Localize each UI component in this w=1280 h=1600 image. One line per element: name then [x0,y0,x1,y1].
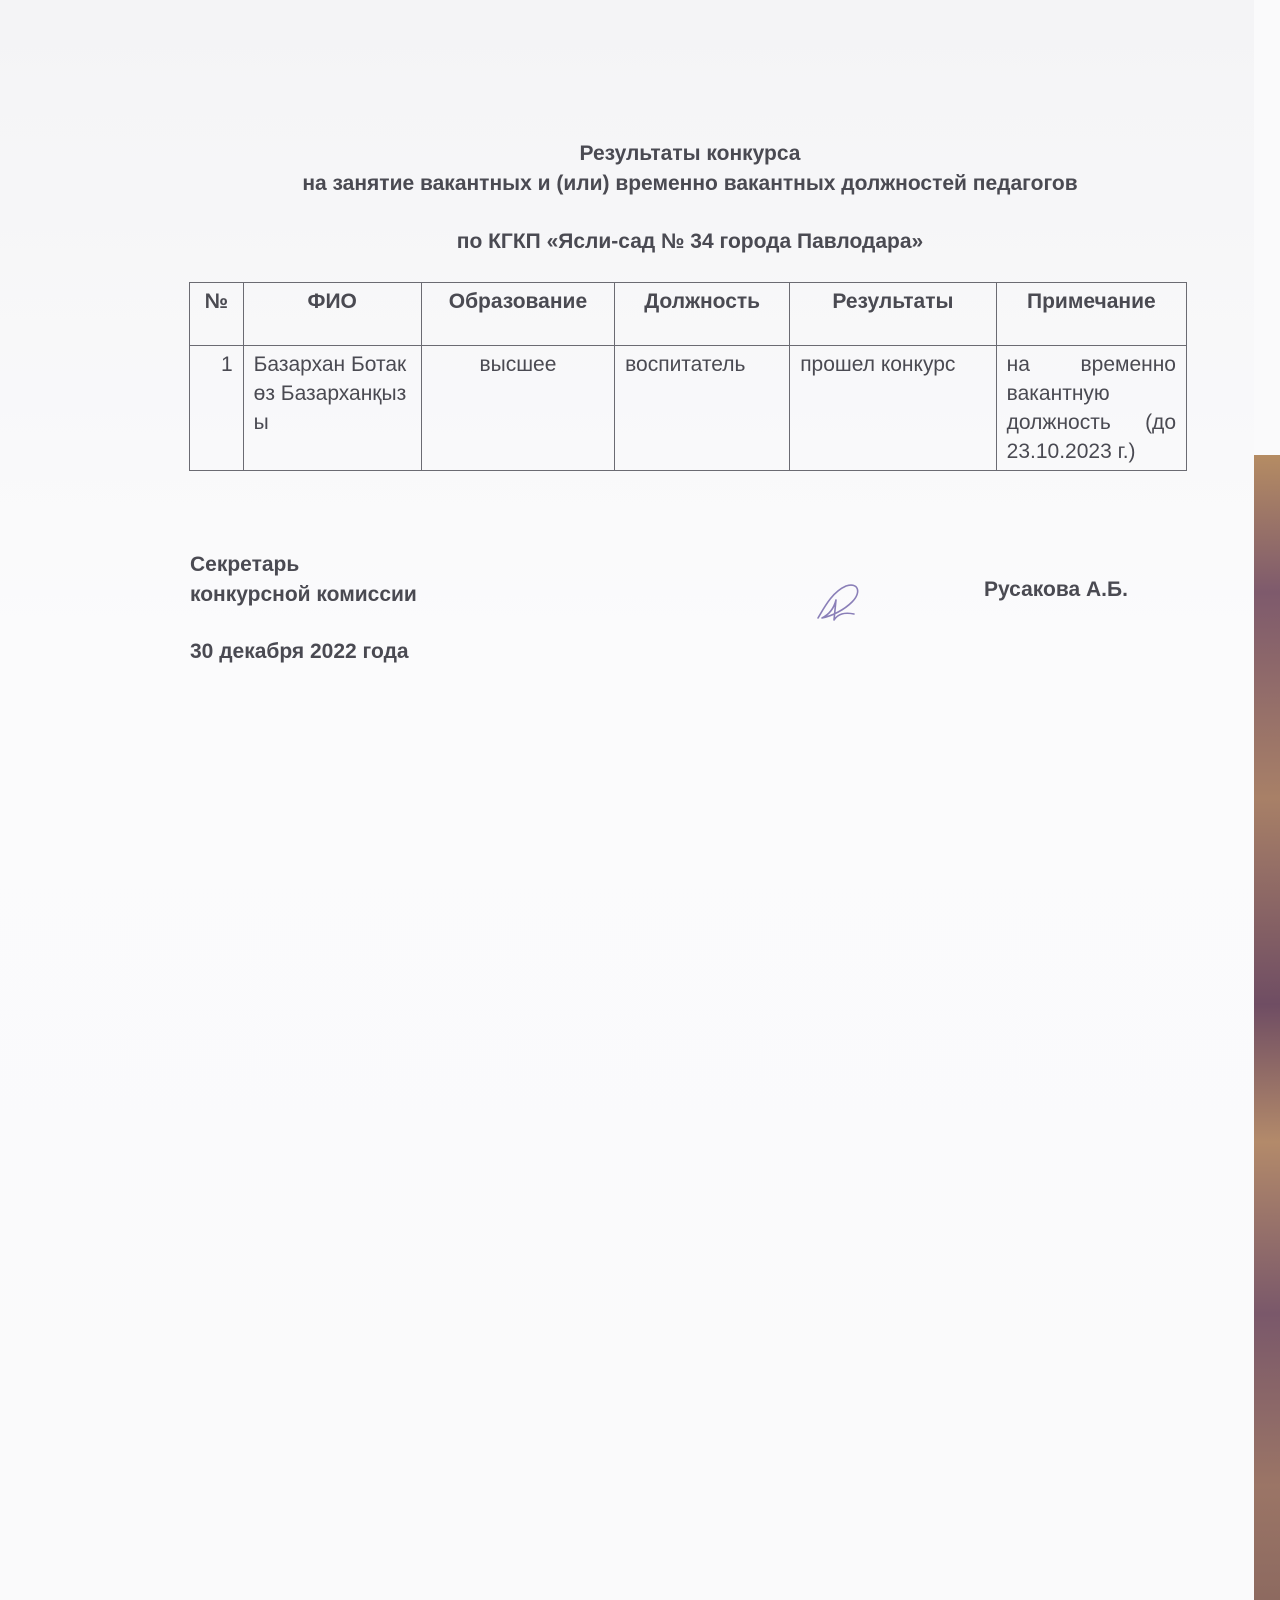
organization-name: по КГКП «Ясли-сад № 34 города Павлодара» [190,230,1190,254]
table-row: 1 Базархан Ботакөз Базарханқызы высшее в… [190,346,1187,471]
document-date: 30 декабря 2022 года [190,640,409,664]
cell-result: прошел конкурс [790,346,996,471]
header-position: Должность [615,283,790,346]
header-education: Образование [421,283,614,346]
cell-position: воспитатель [615,346,790,471]
header-results: Результаты [790,283,996,346]
cell-education: высшее [421,346,614,471]
cell-note: на временно вакантную должность (до 23.1… [996,346,1186,471]
header-number: № [190,283,244,346]
cell-fio: Базархан Ботакөз Базарханқызы [243,346,421,471]
signature-icon [810,578,870,628]
signatory-role: Секретарь конкурсной комиссии [190,550,417,610]
background-strip [1254,0,1280,455]
header-fio: ФИО [243,283,421,346]
header-note: Примечание [996,283,1186,346]
table-header-row: № ФИО Образование Должность Результаты П… [190,283,1187,346]
document-subtitle: на занятие вакантных и (или) временно ва… [190,172,1190,196]
signatory-role-line2: конкурсной комиссии [190,580,417,610]
results-table: № ФИО Образование Должность Результаты П… [189,282,1187,471]
background-surface-edge [1254,455,1280,1600]
document-title: Результаты конкурса [190,142,1190,166]
cell-number: 1 [190,346,244,471]
signatory-role-line1: Секретарь [190,550,417,580]
signatory-name: Русакова А.Б. [984,578,1128,602]
